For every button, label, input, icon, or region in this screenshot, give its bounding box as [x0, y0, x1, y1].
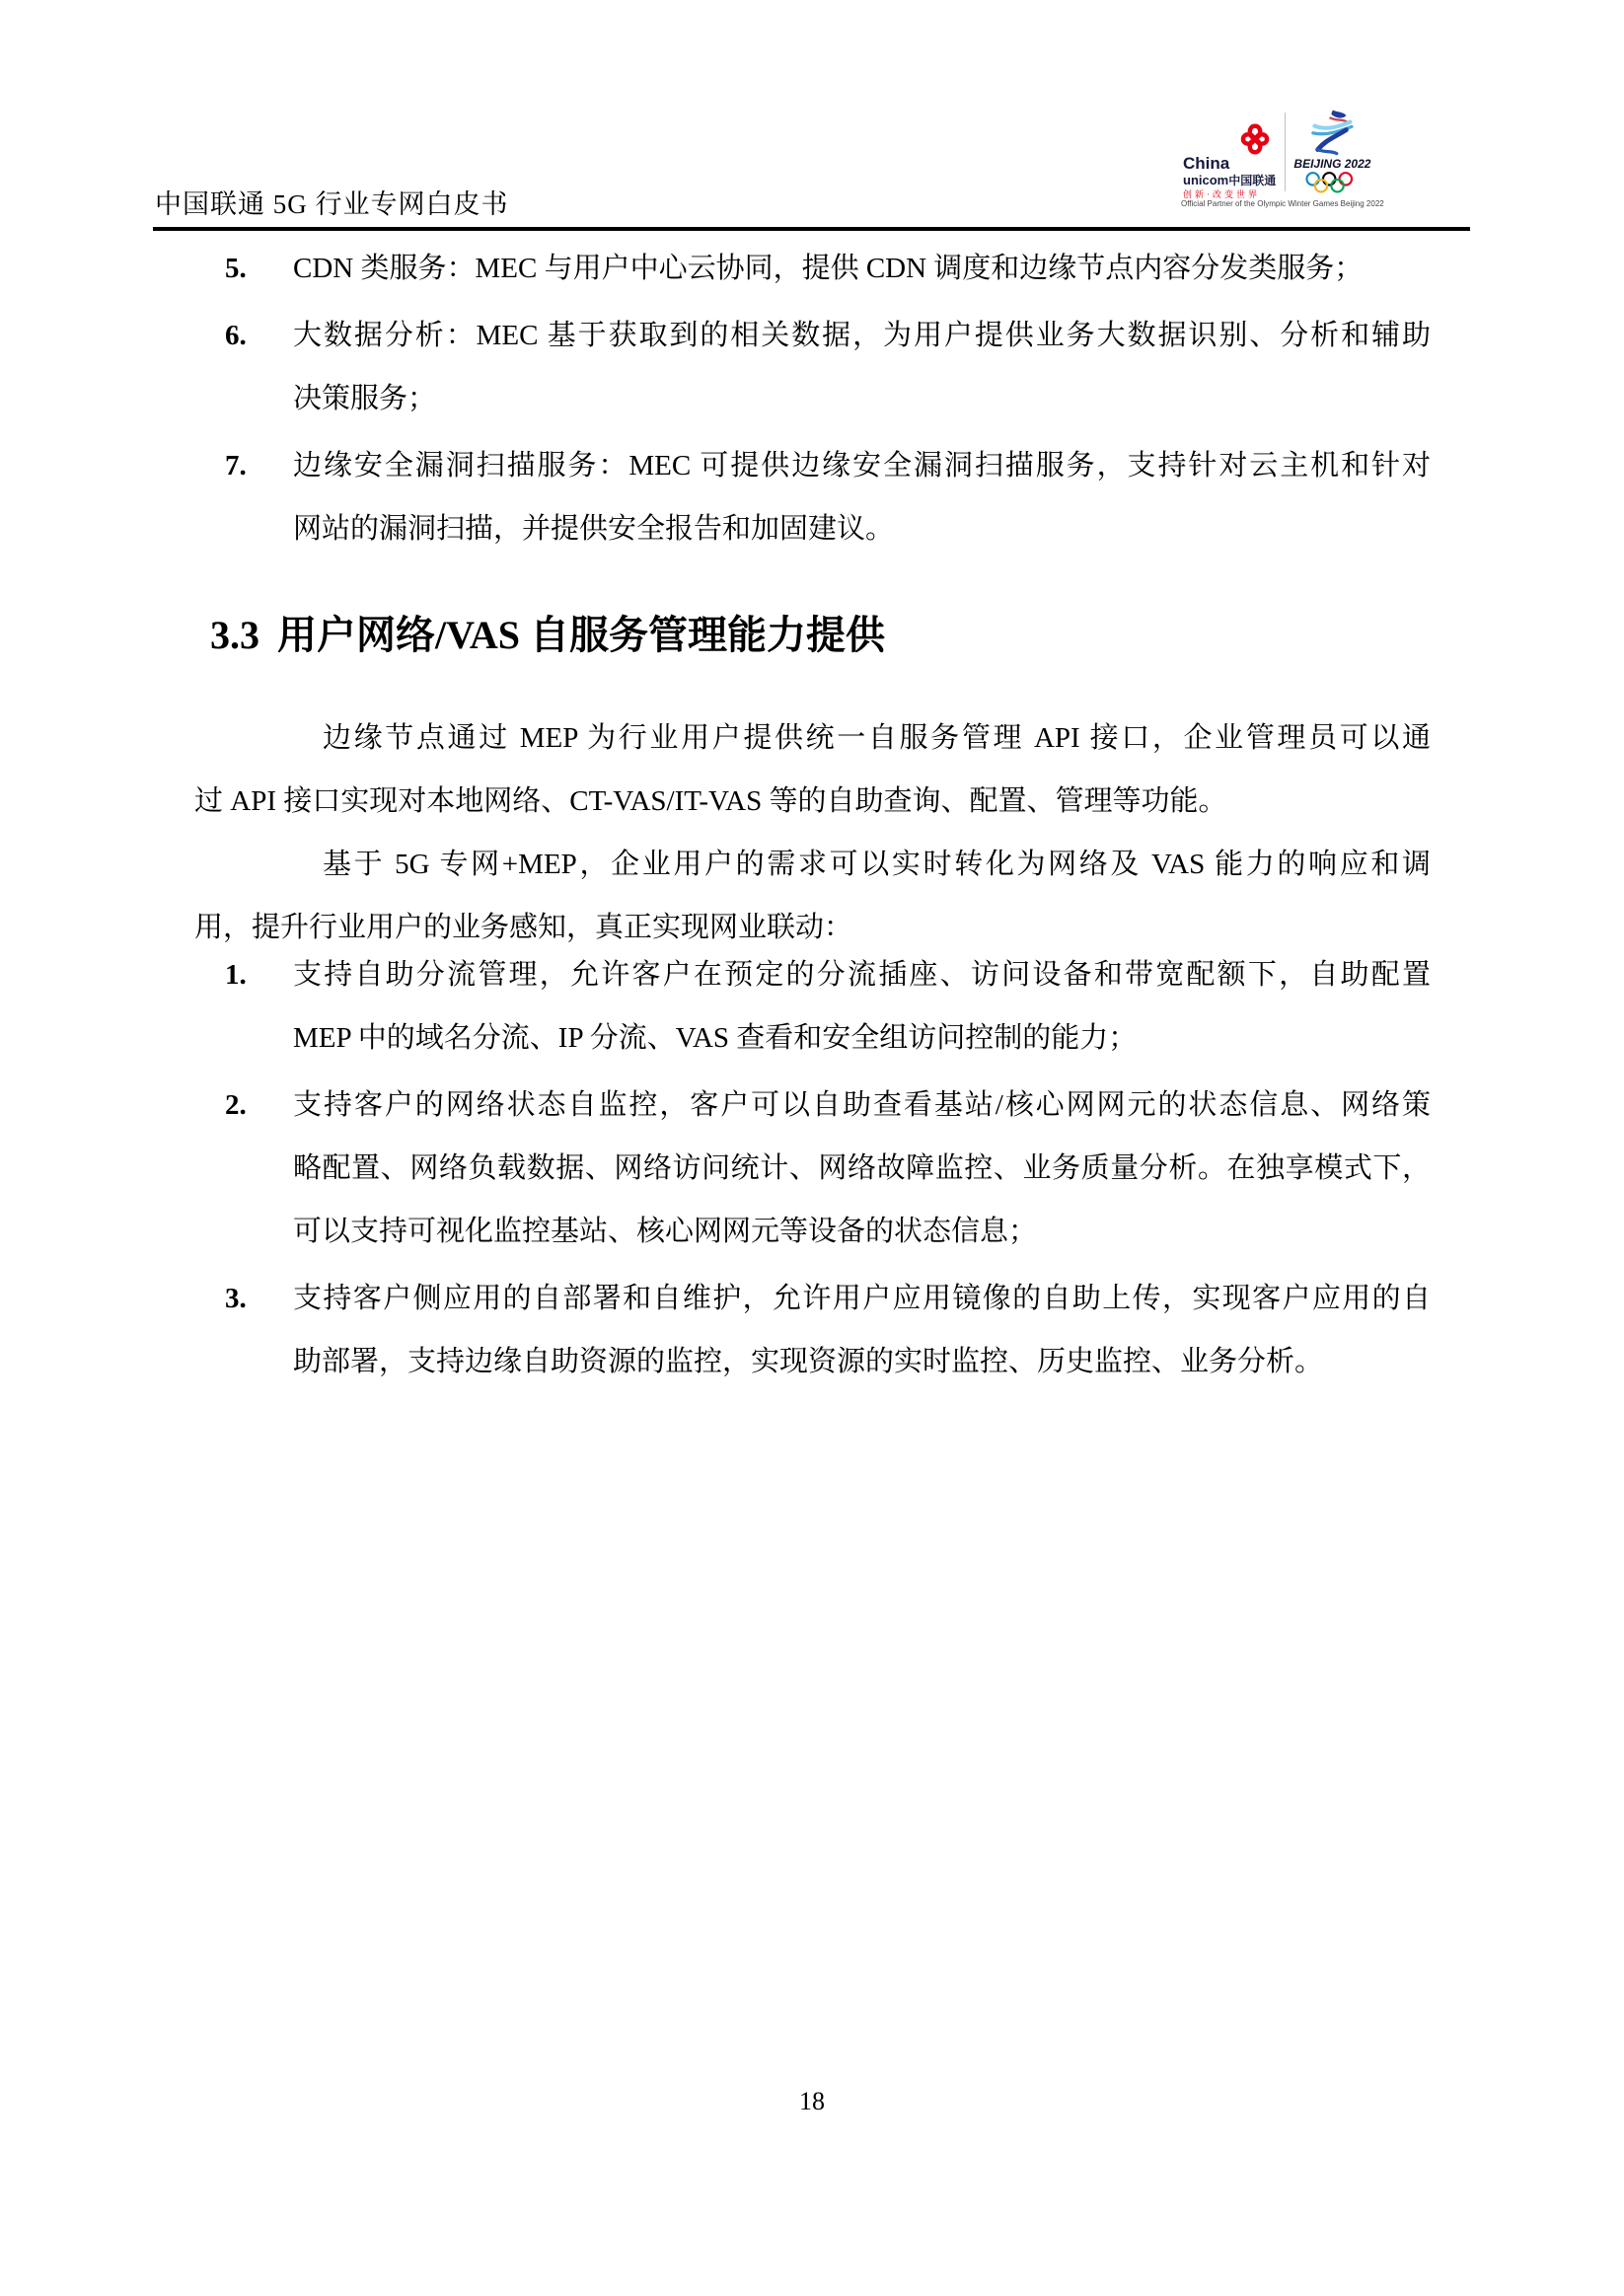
- list-item-6: 6. 大数据分析：MEC 基于获取到的相关数据，为用户提供业务大数据识别、分析和…: [225, 304, 1431, 430]
- section-title: 用户网络/VAS 自服务管理能力提供: [277, 613, 885, 657]
- list-line: 支持客户侧应用的自部署和自维护，允许用户应用镜像的自助上传，实现客户应用的自: [293, 1267, 1431, 1330]
- list-line: 助部署，支持边缘自助资源的监控，实现资源的实时监控、历史监控、业务分析。: [293, 1330, 1431, 1393]
- list-item-2: 2. 支持客户的网络状态自监控，客户可以自助查看基站/核心网网元的状态信息、网络…: [225, 1074, 1431, 1263]
- list-marker: 7.: [225, 434, 293, 560]
- list-line: 网站的漏洞扫描，并提供安全报告和加固建议。: [293, 497, 1431, 560]
- logo-block: China unicom中国联通 创新·改变世界 BEIJING: [1181, 109, 1374, 208]
- list-line: 支持客户的网络状态自监控，客户可以自助查看基站/核心网网元的状态信息、网络策: [293, 1074, 1431, 1137]
- unicom-tagline: 创新·改变世界: [1183, 187, 1260, 200]
- page-header: 中国联通 5G 行业专网白皮书 China unicom中国联通: [153, 87, 1470, 231]
- list-item-7: 7. 边缘安全漏洞扫描服务：MEC 可提供边缘安全漏洞扫描服务，支持针对云主机和…: [225, 434, 1431, 560]
- list-line: 大数据分析：MEC 基于获取到的相关数据，为用户提供业务大数据识别、分析和辅助: [293, 304, 1431, 367]
- beijing-2022-logo: BEIJING 2022: [1291, 109, 1374, 195]
- olympic-partner-line: Official Partner of the Olympic Winter G…: [1181, 199, 1374, 208]
- list-line: 略配置、网络负载数据、网络访问统计、网络故障监控、业务质量分析。在独享模式下，: [293, 1137, 1431, 1200]
- numbered-list-bottom: 1. 支持自助分流管理，允许客户在预定的分流插座、访问设备和带宽配额下，自助配置…: [194, 943, 1431, 1393]
- list-text: 边缘安全漏洞扫描服务：MEC 可提供边缘安全漏洞扫描服务，支持针对云主机和针对 …: [293, 434, 1431, 560]
- logo-row: China unicom中国联通 创新·改变世界 BEIJING: [1181, 109, 1374, 195]
- section-heading: 3.3用户网络/VAS 自服务管理能力提供: [194, 612, 1431, 659]
- logo-divider: [1285, 112, 1286, 191]
- list-line: MEP 中的域名分流、IP 分流、VAS 查看和安全组访问控制的能力；: [293, 1006, 1431, 1070]
- list-line: CDN 类服务：MEC 与用户中心云协同，提供 CDN 调度和边缘节点内容分发类…: [293, 237, 1431, 300]
- list-marker: 1.: [225, 943, 293, 1070]
- document-page: 中国联通 5G 行业专网白皮书 China unicom中国联通: [0, 0, 1624, 2296]
- list-marker: 5.: [225, 237, 293, 300]
- list-line: 边缘安全漏洞扫描服务：MEC 可提供边缘安全漏洞扫描服务，支持针对云主机和针对: [293, 434, 1431, 497]
- header-title: 中国联通 5G 行业专网白皮书: [155, 183, 509, 221]
- list-item-1: 1. 支持自助分流管理，允许客户在预定的分流插座、访问设备和带宽配额下，自助配置…: [225, 943, 1431, 1070]
- list-marker: 2.: [225, 1074, 293, 1263]
- unicom-wordmark-latin: unicom: [1183, 173, 1228, 187]
- list-marker: 3.: [225, 1267, 293, 1393]
- china-unicom-logo: China unicom中国联通 创新·改变世界: [1181, 109, 1283, 195]
- numbered-list-top: 5. CDN 类服务：MEC 与用户中心云协同，提供 CDN 调度和边缘节点内容…: [194, 237, 1431, 560]
- list-marker: 6.: [225, 304, 293, 430]
- list-line: 支持自助分流管理，允许客户在预定的分流插座、访问设备和带宽配额下，自助配置: [293, 943, 1431, 1006]
- beijing-2022-emblem-icon: [1306, 109, 1358, 156]
- list-text: CDN 类服务：MEC 与用户中心云协同，提供 CDN 调度和边缘节点内容分发类…: [293, 237, 1431, 300]
- section-number: 3.3: [210, 613, 259, 657]
- document-body: 5. CDN 类服务：MEC 与用户中心云协同，提供 CDN 调度和边缘节点内容…: [194, 237, 1431, 1397]
- list-text: 支持客户侧应用的自部署和自维护，允许用户应用镜像的自助上传，实现客户应用的自 助…: [293, 1267, 1431, 1393]
- paragraph-line: 过 API 接口实现对本地网络、CT-VAS/IT-VAS 等的自助查询、配置、…: [194, 770, 1431, 833]
- list-text: 大数据分析：MEC 基于获取到的相关数据，为用户提供业务大数据识别、分析和辅助 …: [293, 304, 1431, 430]
- unicom-wordmark-cn: 中国联通: [1228, 174, 1276, 187]
- paragraph-1: 边缘节点通过 MEP 为行业用户提供统一自服务管理 API 接口，企业管理员可以…: [194, 706, 1431, 833]
- list-text: 支持客户的网络状态自监控，客户可以自助查看基站/核心网网元的状态信息、网络策 略…: [293, 1074, 1431, 1263]
- beijing-2022-wordmark: BEIJING 2022: [1293, 157, 1370, 171]
- list-line: 可以支持可视化监控基站、核心网网元等设备的状态信息；: [293, 1200, 1431, 1263]
- paragraph-line: 基于 5G 专网+MEP，企业用户的需求可以实时转化为网络及 VAS 能力的响应…: [194, 833, 1431, 896]
- unicom-wordmark-en1: China: [1183, 154, 1229, 174]
- paragraph-line: 边缘节点通过 MEP 为行业用户提供统一自服务管理 API 接口，企业管理员可以…: [194, 706, 1431, 770]
- list-item-3: 3. 支持客户侧应用的自部署和自维护，允许用户应用镜像的自助上传，实现客户应用的…: [225, 1267, 1431, 1393]
- unicom-wordmark-en2: unicom中国联通: [1183, 172, 1276, 188]
- list-text: 支持自助分流管理，允许客户在预定的分流插座、访问设备和带宽配额下，自助配置 ME…: [293, 943, 1431, 1070]
- olympic-rings-icon: [1303, 171, 1361, 195]
- paragraph-2: 基于 5G 专网+MEP，企业用户的需求可以实时转化为网络及 VAS 能力的响应…: [194, 833, 1431, 959]
- list-line: 决策服务；: [293, 367, 1431, 430]
- unicom-knot-icon: [1234, 120, 1276, 158]
- list-item-5: 5. CDN 类服务：MEC 与用户中心云协同，提供 CDN 调度和边缘节点内容…: [225, 237, 1431, 300]
- page-number: 18: [0, 2087, 1624, 2116]
